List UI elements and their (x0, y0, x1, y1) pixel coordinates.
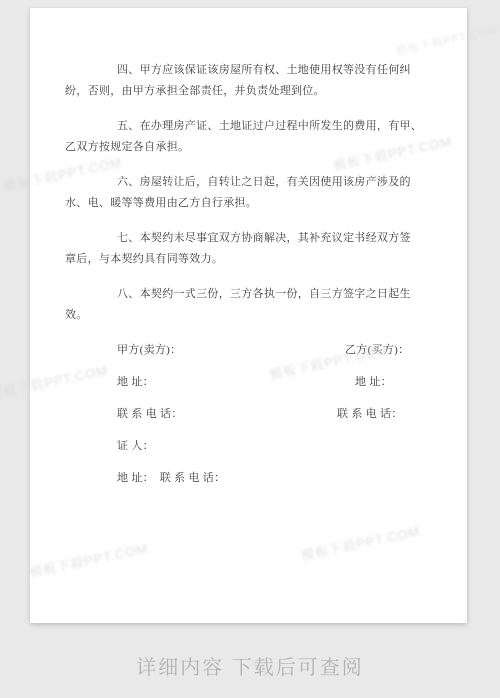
signature-row: 联 系 电 话： 联 系 电 话： (65, 404, 403, 425)
signature-row: 甲方(卖方)： 乙方(买方)： (65, 340, 403, 361)
signature-section: 甲方(卖方)： 乙方(买方)： 地 址： 地 址： 联 系 电 话： 联 系 电… (65, 340, 403, 489)
address-a-label: 地 址： (117, 376, 154, 388)
paragraph-line: 四、甲方应该保证该房屋所有权、土地使用权等没有任何纠 (65, 60, 403, 81)
download-notice: 详细内容 下载后可查阅 (136, 651, 364, 680)
contract-paragraph: 七、本契约未尽事宜双方协商解决，其补充议定书经双方签 章后，与本契约具有同等效力… (65, 228, 403, 270)
paragraph-line: 效。 (65, 305, 403, 326)
witness-contact-label: 地 址： 联 系 电 话： (117, 472, 225, 484)
party-b-label: 乙方(买方)： (345, 340, 409, 361)
paragraph-line: 水、电、暖等等费用由乙方自行承担。 (65, 193, 403, 214)
paragraph-line: 六、房屋转让后，自转让之日起，有关因使用该房产涉及的 (65, 172, 403, 193)
signature-row: 证 人： (65, 436, 403, 457)
contract-body: 四、甲方应该保证该房屋所有权、土地使用权等没有任何纠 纷，否则，由甲方承担全部责… (65, 60, 403, 489)
paragraph-line: 章后，与本契约具有同等效力。 (65, 249, 403, 270)
paragraph-line: 纷，否则，由甲方承担全部责任，并负责处理到位。 (65, 81, 403, 102)
signature-row: 地 址： 地 址： (65, 372, 403, 393)
contract-page: 四、甲方应该保证该房屋所有权、土地使用权等没有任何纠 纷，否则，由甲方承担全部责… (30, 8, 467, 623)
phone-b-label: 联 系 电 话： (337, 404, 403, 425)
witness-label: 证 人： (117, 440, 154, 452)
contract-paragraph: 八、本契约一式三份，三方各执一份，自三方签字之日起生 效。 (65, 284, 403, 326)
contract-paragraph: 六、房屋转让后，自转让之日起，有关因使用该房产涉及的 水、电、暖等等费用由乙方自… (65, 172, 403, 214)
contract-paragraph: 四、甲方应该保证该房屋所有权、土地使用权等没有任何纠 纷，否则，由甲方承担全部责… (65, 60, 403, 102)
signature-row: 地 址： 联 系 电 话： (65, 468, 403, 489)
address-b-label: 地 址： (355, 372, 392, 393)
paragraph-line: 五、在办理房产证、土地证过户过程中所发生的费用，有甲、 (65, 116, 403, 137)
paragraph-line: 七、本契约未尽事宜双方协商解决，其补充议定书经双方签 (65, 228, 403, 249)
footer-bar: 详细内容 下载后可查阅 (0, 623, 500, 698)
phone-a-label: 联 系 电 话： (117, 408, 183, 420)
party-a-label: 甲方(卖方)： (117, 344, 181, 356)
paragraph-line: 八、本契约一式三份，三方各执一份，自三方签字之日起生 (65, 284, 403, 305)
document-preview: 四、甲方应该保证该房屋所有权、土地使用权等没有任何纠 纷，否则，由甲方承担全部责… (0, 0, 500, 698)
paragraph-line: 乙双方按规定各自承担。 (65, 137, 403, 158)
contract-paragraph: 五、在办理房产证、土地证过户过程中所发生的费用，有甲、 乙双方按规定各自承担。 (65, 116, 403, 158)
